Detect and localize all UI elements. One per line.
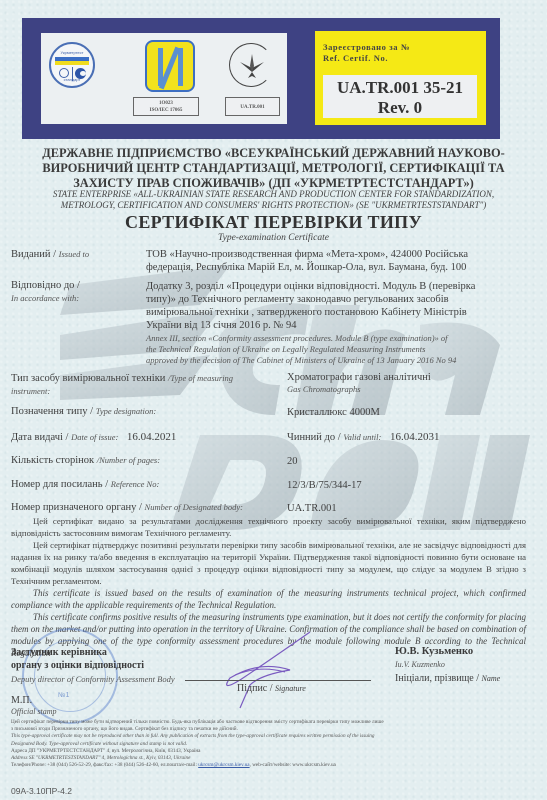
pages-label: Кількість сторінок /Number of pages: xyxy=(11,455,160,466)
handwritten-signature-icon xyxy=(200,630,320,710)
valid-until-value: 16.04.2031 xyxy=(390,431,440,443)
registration-number: UA.TR.001 35-21 xyxy=(323,78,477,98)
footer-fineprint: Цей сертифікат перевірки типу може бути … xyxy=(11,719,536,769)
signatory-name-uk: Ю.В. Кузьменко xyxy=(395,646,473,657)
instrument-type-value-en: Gas Chromatographs xyxy=(287,384,361,395)
website-link[interactable]: www.ukrcsm.kiev.ua xyxy=(292,762,336,768)
reference-no-value: 12/3/B/75/344-17 xyxy=(287,479,362,492)
conformity-mark-icon xyxy=(229,43,273,87)
paragraph-uk-1: Цей сертифікат видано за результатами до… xyxy=(11,515,526,539)
instrument-type-value: Хроматографи газові аналітичні xyxy=(287,371,431,384)
accreditation-logo-icon xyxy=(145,40,195,92)
issued-to-value: ТОВ «Научно-производственная фирма «Мета… xyxy=(146,248,468,274)
paragraph-uk-2: Цей сертифікат підтверджує позитивні рез… xyxy=(11,539,526,587)
stamp-label-uk: М.П. xyxy=(11,695,32,706)
type-designation-value: Кристаллюкс 4000М xyxy=(287,406,380,419)
ukrmetrtest-logo-icon: Укрметртест стандарт xyxy=(49,42,95,88)
registration-revision: Rev. 0 xyxy=(323,98,477,118)
signatory-title-en: Deputy director of Conformity Assessment… xyxy=(11,674,175,684)
organization-name-en: STATE ENTERPRISE «ALL-UKRAINIAN STATE RE… xyxy=(0,189,547,211)
pages-value: 20 xyxy=(287,455,298,468)
conformity-mark-number: UA.TR.001 xyxy=(225,97,280,116)
in-accordance-value: Додатку 3, розділ «Процедури оцінки відп… xyxy=(146,280,475,332)
document-code: 09А-3.10ПР-4.2 xyxy=(11,786,72,796)
organization-name-uk: ДЕРЖАВНЕ ПІДПРИЄМСТВО «ВСЕУКРАЇНСЬКИЙ ДЕ… xyxy=(0,146,547,191)
in-accordance-value-en: Annex III, section «Conformity assessmen… xyxy=(146,333,456,366)
designated-body-label: Номер призначеного органу / Number of De… xyxy=(11,502,243,513)
stamp-label-en: Official stamp xyxy=(11,707,57,716)
certificate-title: СЕРТИФІКАТ ПЕРЕВІРКИ ТИПУ xyxy=(0,212,547,233)
issued-to-label: Виданий / Issued to xyxy=(11,249,89,260)
designated-body-value: UA.TR.001 xyxy=(287,502,337,515)
paragraph-en-1: This certificate is issued based on the … xyxy=(11,587,526,611)
certificate-page: Укрметртест стандарт 1O023 ISO/IEC 17065… xyxy=(0,0,547,800)
date-of-issue-value: 16.04.2021 xyxy=(127,431,177,443)
reference-no-label: Номер для посилань / Reference No: xyxy=(11,479,159,490)
registration-label-uk: Зареєстровано за № xyxy=(323,42,410,53)
email-link[interactable]: ukrcsm@ukrcsm.kiev.ua xyxy=(198,762,249,768)
footer-contacts: Телефон/Phone: +38 (044) 526-52-29, факс… xyxy=(11,762,536,769)
accreditation-box: 1O023 ISO/IEC 17065 xyxy=(133,97,199,116)
registration-panel: Зареєстровано за № Ref. Certif. No. UA.T… xyxy=(315,31,486,125)
name-caption: Ініціали, прізвище / Name xyxy=(395,673,500,684)
in-accordance-label: Відповідно до / In accordance with: xyxy=(11,280,80,305)
signature-caption: Підпис / Signature xyxy=(237,683,306,694)
type-designation-label: Позначення типу / Type designation: xyxy=(11,406,156,417)
valid-until-label: Чинний до / Valid until: 16.04.2031 xyxy=(287,431,439,443)
signature-line xyxy=(185,680,371,681)
registration-label-en: Ref. Certif. No. xyxy=(323,53,410,64)
signatory-name-en: Iu.V. Kuzmenko xyxy=(395,660,445,669)
signatory-title-uk: Заступник керівника органу з оцінки відп… xyxy=(11,646,144,672)
certificate-subtitle: Type-examination Certificate xyxy=(0,233,547,243)
date-of-issue-label: Дата видачі / Date of issue: 16.04.2021 xyxy=(11,431,176,443)
registration-number-box: UA.TR.001 35-21 Rev. 0 xyxy=(323,75,477,118)
instrument-type-label: Тип засобу вимірювальної техніки /Type o… xyxy=(11,372,233,398)
